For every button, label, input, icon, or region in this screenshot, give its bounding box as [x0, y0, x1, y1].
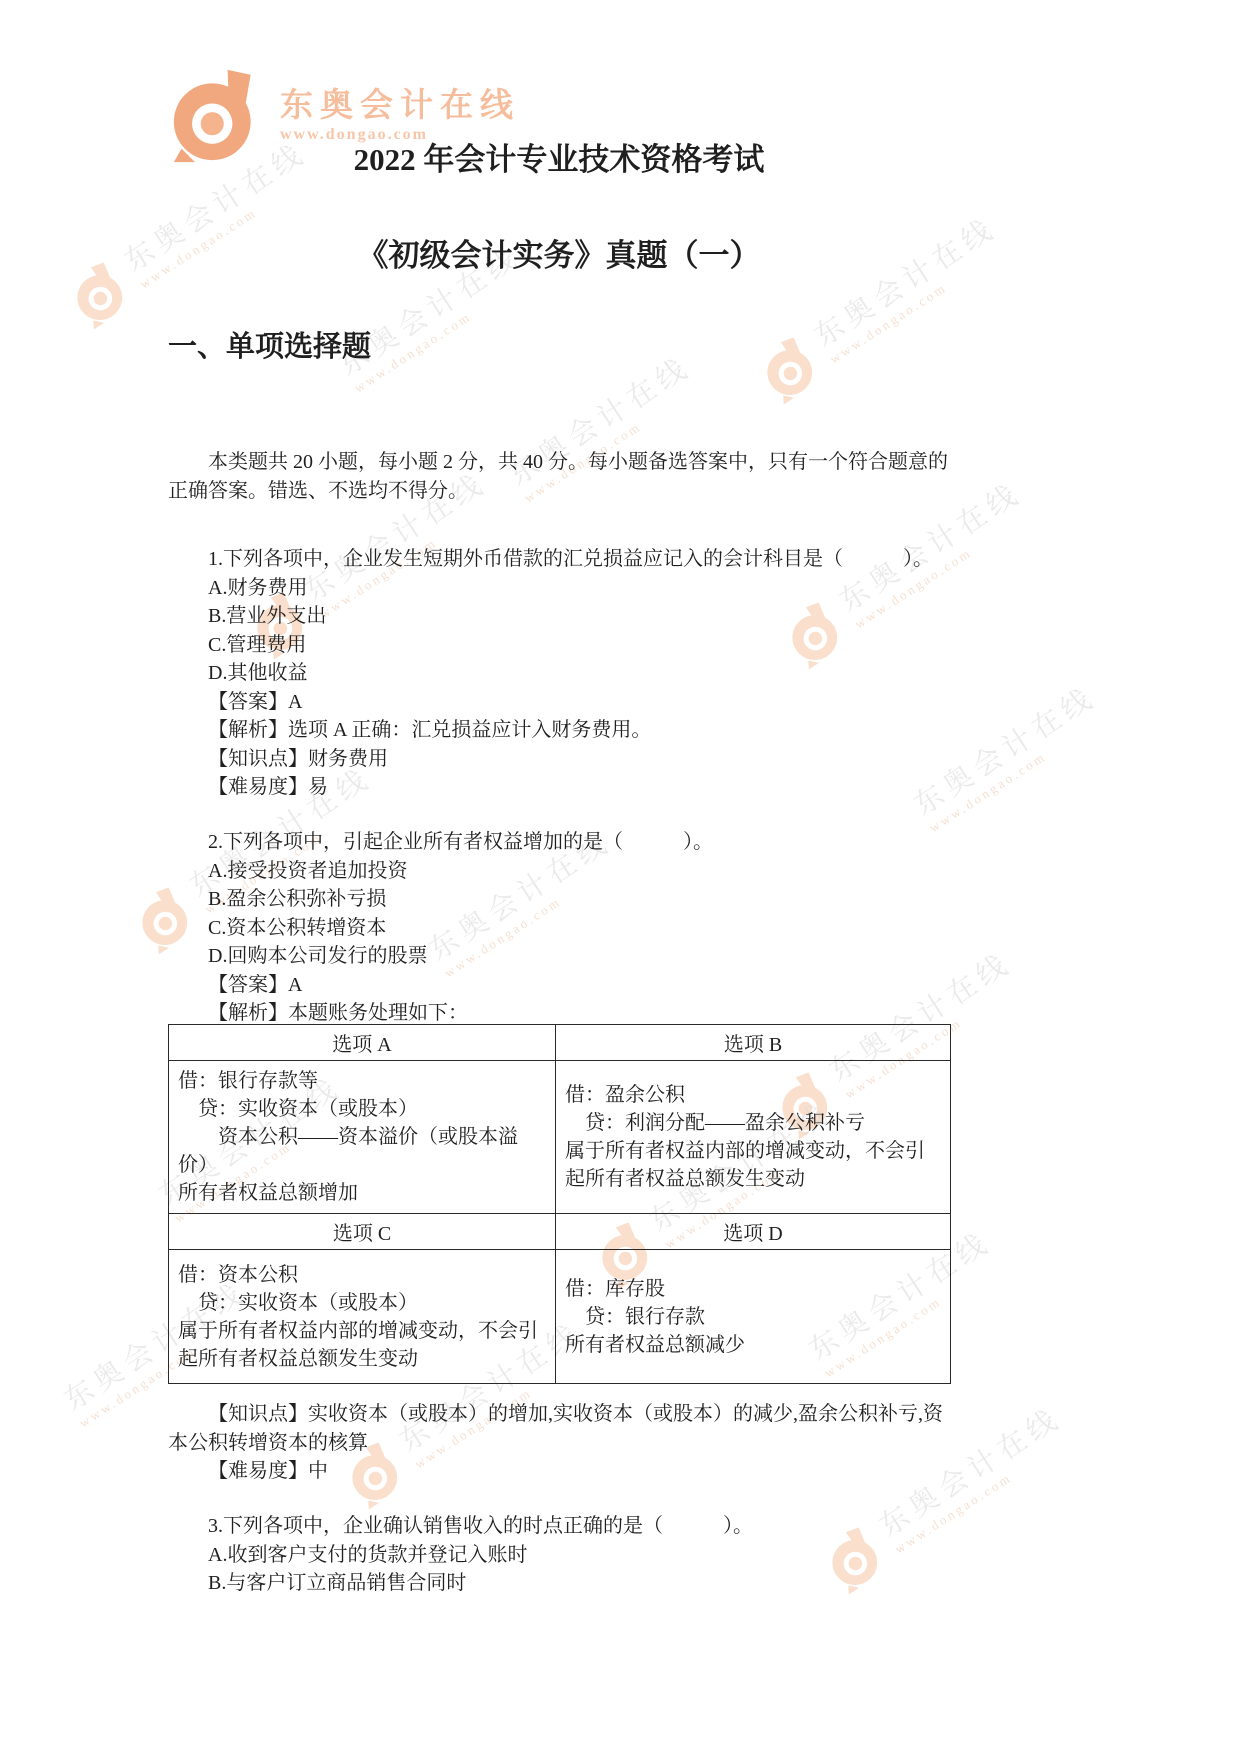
difficulty-line: 【难易度】易 — [168, 773, 950, 802]
table-header-option-c: 选项 C — [169, 1214, 556, 1250]
question-3: 3.下列各项中，企业确认销售收入的时点正确的是（ ）。 A.收到客户支付的货款并… — [168, 1512, 950, 1598]
document-page: 东奥会计在线www.dongao.com 东奥会计在线www.dongao.co… — [0, 0, 1240, 1753]
page-title: 2022 年会计专业技术资格考试 — [168, 134, 950, 179]
knowledge-line: 【知识点】实收资本（或股本）的增加,实收资本（或股本）的减少,盈余公积补亏,资本… — [168, 1400, 950, 1457]
question-stem: 1.下列各项中，企业发生短期外币借款的汇兑损益应记入的会计科目是（ ）。 — [168, 545, 950, 574]
table-header-option-d: 选项 D — [556, 1214, 951, 1250]
option-b: B.盈余公积弥补亏损 — [168, 885, 950, 914]
section-heading: 一、单项选择题 — [168, 324, 371, 365]
document-content: 2022 年会计专业技术资格考试 《初级会计实务》真题（一） 一、单项选择题 本… — [168, 0, 950, 1753]
question-1: 1.下列各项中，企业发生短期外币借款的汇兑损益应记入的会计科目是（ ）。 A.财… — [168, 545, 950, 802]
knowledge-line: 【知识点】财务费用 — [168, 745, 950, 774]
option-b: B.营业外支出 — [168, 602, 950, 631]
option-a: A.财务费用 — [168, 574, 950, 603]
question-2: 2.下列各项中，引起企业所有者权益增加的是（ ）。 A.接受投资者追加投资 B.… — [168, 828, 950, 1028]
table-header-option-b: 选项 B — [556, 1025, 951, 1061]
table-cell-option-a: 借：银行存款等 贷：实收资本（或股本） 资本公积——资本溢价（或股本溢价） 所有… — [169, 1061, 556, 1214]
section-intro: 本类题共 20 小题，每小题 2 分，共 40 分。每小题备选答案中，只有一个符… — [168, 448, 950, 505]
question-stem: 2.下列各项中，引起企业所有者权益增加的是（ ）。 — [168, 828, 950, 857]
table-cell-option-c: 借：资本公积 贷：实收资本（或股本） 属于所有者权益内部的增减变动，不会引起所有… — [169, 1250, 556, 1384]
question-stem: 3.下列各项中，企业确认销售收入的时点正确的是（ ）。 — [168, 1512, 950, 1541]
table-cell-option-d: 借：库存股 贷：银行存款 所有者权益总额减少 — [556, 1250, 951, 1384]
option-c: C.资本公积转增资本 — [168, 914, 950, 943]
option-a: A.收到客户支付的货款并登记入账时 — [168, 1541, 950, 1570]
option-d: D.回购本公司发行的股票 — [168, 942, 950, 971]
option-d: D.其他收益 — [168, 659, 950, 688]
option-a: A.接受投资者追加投资 — [168, 857, 950, 886]
option-c: C.管理费用 — [168, 631, 950, 660]
answer-line: 【答案】A — [168, 688, 950, 717]
table-header-option-a: 选项 A — [169, 1025, 556, 1061]
option-b: B.与客户订立商品销售合同时 — [168, 1569, 950, 1598]
table-cell-option-b: 借：盈余公积 贷：利润分配——盈余公积补亏 属于所有者权益内部的增减变动，不会引… — [556, 1061, 951, 1214]
page-subtitle: 《初级会计实务》真题（一） — [168, 230, 950, 275]
difficulty-line: 【难易度】中 — [168, 1457, 950, 1486]
watermark-url-text: www.dongao.com — [926, 708, 1111, 835]
answer-line: 【答案】A — [168, 971, 950, 1000]
answer-table: 选项 A 选项 B 借：银行存款等 贷：实收资本（或股本） 资本公积——资本溢价… — [168, 1024, 951, 1384]
analysis-line: 【解析】选项 A 正确：汇兑损益应计入财务费用。 — [168, 716, 950, 745]
dongao-logo-icon — [62, 254, 139, 331]
